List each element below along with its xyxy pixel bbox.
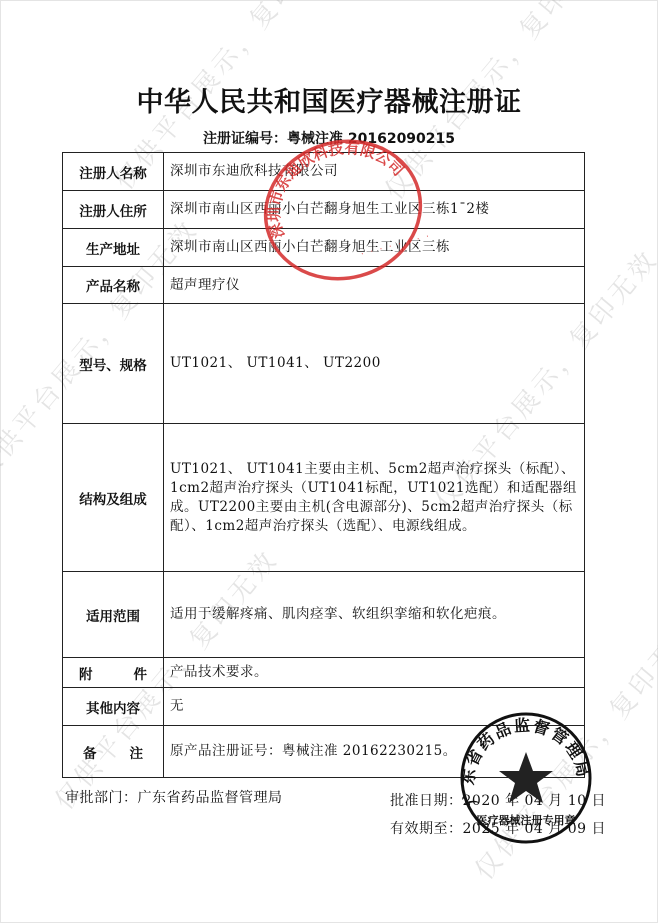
row-label-right: 件 xyxy=(134,663,148,683)
attachments: 产品技术要求。 xyxy=(164,658,585,688)
certificate-title: 中华人民共和国医疗器械注册证 xyxy=(0,80,658,119)
model-spec: UT1021、 UT1041、 UT2200 xyxy=(164,304,585,424)
scope-of-application: 适用于缓解疼痛、肌肉痉挛、软组织挛缩和软化疤痕。 xyxy=(164,572,585,658)
footer-dates: 批准日期：2020 年 04 月 10 日 有效期至：2025 年 04 月 0… xyxy=(390,787,606,843)
row-label: 适用范围 xyxy=(63,572,164,658)
table-row: 产品名称 超声理疗仪 xyxy=(63,267,585,304)
approval-date-label: 批准日期： xyxy=(390,793,463,809)
row-label-left: 备 xyxy=(83,742,97,762)
table-row: 注册人名称 深圳市东迪欣科技有限公司 xyxy=(63,153,585,191)
approval-department-value: 广东省药品监督管理局 xyxy=(138,790,283,806)
row-label: 注册人住所 xyxy=(63,191,164,229)
registration-number-label: 注册证编号： xyxy=(203,131,287,147)
table-row: 型号、规格 UT1021、 UT1041、 UT2200 xyxy=(63,304,585,424)
approval-date-value: 2020 年 04 月 10 日 xyxy=(463,793,607,809)
table-row: 备 注 原产品注册证号：粤械注准 20162230215。 xyxy=(63,726,585,778)
valid-until-label: 有效期至： xyxy=(390,821,463,837)
table-row: 附 件 产品技术要求。 xyxy=(63,658,585,688)
row-label: 型号、规格 xyxy=(63,304,164,424)
approval-date: 批准日期：2020 年 04 月 10 日 xyxy=(390,787,606,815)
row-label: 注册人名称 xyxy=(63,153,164,191)
row-label: 备 注 xyxy=(63,726,164,778)
row-label: 结构及组成 xyxy=(63,424,164,572)
certificate-table: 注册人名称 深圳市东迪欣科技有限公司 注册人住所 深圳市南山区西丽小白芒翻身旭生… xyxy=(62,152,585,778)
table-row: 结构及组成 UT1021、 UT1041主要由主机、5cm2超声治疗探头（标配）… xyxy=(63,424,585,572)
registration-number: 注册证编号：粤械注准 20162090215 xyxy=(0,128,658,148)
row-label-left: 附 xyxy=(79,663,93,683)
row-label: 产品名称 xyxy=(63,267,164,304)
table-row: 生产地址 深圳市南山区西丽小白芒翻身旭生工业区三栋 xyxy=(63,229,585,267)
table-row: 其他内容 无 xyxy=(63,688,585,726)
approval-department-label: 审批部门： xyxy=(65,790,138,806)
other-content: 无 xyxy=(164,688,585,726)
registrant-address: 深圳市南山区西丽小白芒翻身旭生工业区三栋1ˉ2楼 xyxy=(164,191,585,229)
registration-number-value: 粤械注准 20162090215 xyxy=(287,131,455,147)
registrant-name: 深圳市东迪欣科技有限公司 xyxy=(164,153,585,191)
row-label: 生产地址 xyxy=(63,229,164,267)
remarks: 原产品注册证号：粤械注准 20162230215。 xyxy=(164,726,585,778)
valid-until: 有效期至：2025 年 04 月 09 日 xyxy=(390,815,606,843)
valid-until-value: 2025 年 04 月 09 日 xyxy=(463,821,607,837)
row-label: 其他内容 xyxy=(63,688,164,726)
structure-composition: UT1021、 UT1041主要由主机、5cm2超声治疗探头（标配）、1cm2超… xyxy=(164,424,585,572)
product-name: 超声理疗仪 xyxy=(164,267,585,304)
approval-department: 审批部门：广东省药品监督管理局 xyxy=(65,787,283,807)
production-address: 深圳市南山区西丽小白芒翻身旭生工业区三栋 xyxy=(164,229,585,267)
table-row: 注册人住所 深圳市南山区西丽小白芒翻身旭生工业区三栋1ˉ2楼 xyxy=(63,191,585,229)
table-row: 适用范围 适用于缓解疼痛、肌肉痉挛、软组织挛缩和软化疤痕。 xyxy=(63,572,585,658)
row-label-right: 注 xyxy=(130,742,144,762)
row-label: 附 件 xyxy=(63,658,164,688)
